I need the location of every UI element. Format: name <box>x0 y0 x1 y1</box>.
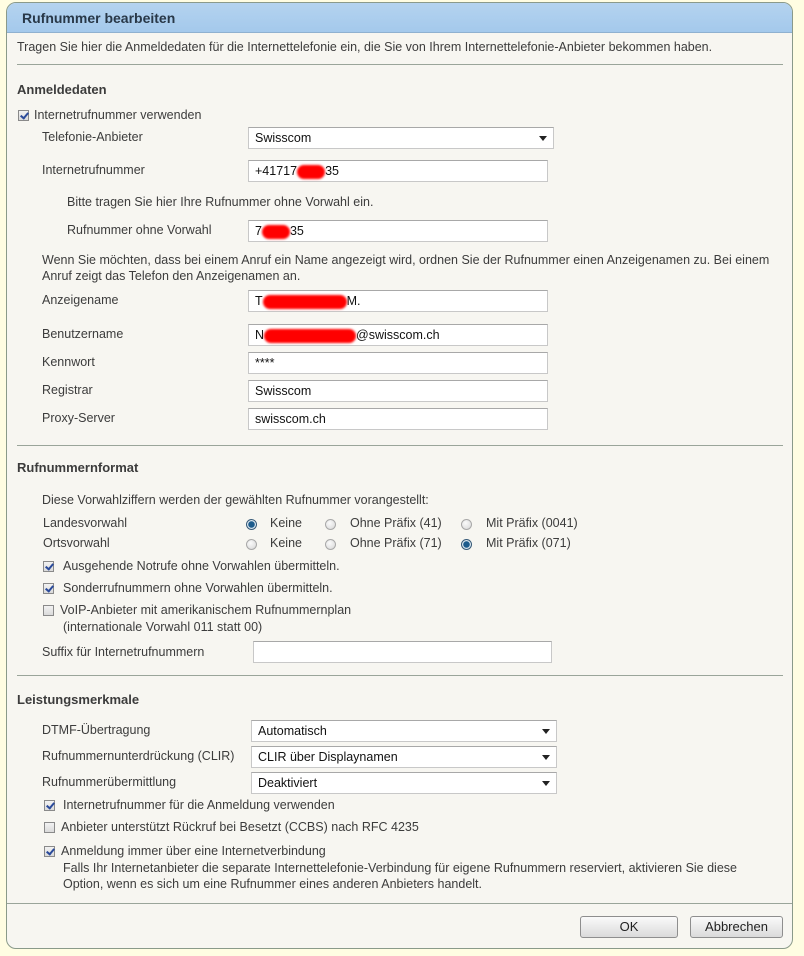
clir-select[interactable]: CLIR über Displaynamen <box>251 746 557 768</box>
area-code-option-without-prefix: Ohne Präfix (71) <box>350 536 442 550</box>
country-code-radio-none[interactable] <box>246 519 257 530</box>
dtmf-label: DTMF-Übertragung <box>42 723 150 737</box>
registrar-label: Registrar <box>42 383 93 397</box>
country-code-radio-with-prefix[interactable] <box>461 519 472 530</box>
internet-number-label: Internetrufnummer <box>42 163 145 177</box>
internet-number-input[interactable]: +4171735 <box>248 160 548 182</box>
number-without-area-label: Rufnummer ohne Vorwahl <box>67 223 212 237</box>
redaction <box>264 329 356 343</box>
use-for-login-checkbox[interactable] <box>44 800 55 811</box>
area-code-option-none: Keine <box>270 536 302 550</box>
clip-select[interactable]: Deaktiviert <box>251 772 557 794</box>
voip-us-sublabel: (internationale Vorwahl 011 statt 00) <box>63 620 262 634</box>
always-internet-label: Anmeldung immer über eine Internetverbin… <box>61 844 326 858</box>
dialog-intro: Tragen Sie hier die Anmeldedaten für die… <box>17 40 712 54</box>
display-name-hint: Wenn Sie möchten, dass bei einem Anruf e… <box>42 252 777 284</box>
display-name-suffix: M. <box>347 294 361 308</box>
dtmf-select[interactable]: Automatisch <box>251 720 557 742</box>
area-code-radio-without-prefix[interactable] <box>325 539 336 550</box>
area-code-option-with-prefix: Mit Präfix (071) <box>486 536 571 550</box>
provider-value: Swisscom <box>255 131 311 145</box>
voip-us-label: VoIP-Anbieter mit amerikanischem Rufnumm… <box>60 603 351 617</box>
username-label: Benutzername <box>42 327 123 341</box>
special-numbers-label: Sonderrufnummern ohne Vorwahlen übermitt… <box>63 581 333 595</box>
section-heading-leistungsmerkmale: Leistungsmerkmale <box>17 692 139 707</box>
proxy-value: swisscom.ch <box>255 412 326 426</box>
provider-select[interactable]: Swisscom <box>248 127 554 149</box>
registrar-input[interactable]: Swisscom <box>248 380 548 402</box>
ccbs-checkbox[interactable] <box>44 822 55 833</box>
always-internet-desc-1: Falls Ihr Internetanbieter die separate … <box>63 861 737 875</box>
proxy-input[interactable]: swisscom.ch <box>248 408 548 430</box>
clir-label: Rufnummernunterdrückung (CLIR) <box>42 749 234 763</box>
area-code-label: Ortsvorwahl <box>43 536 110 550</box>
username-prefix: N <box>255 328 264 342</box>
password-label: Kennwort <box>42 355 95 369</box>
country-code-radio-without-prefix[interactable] <box>325 519 336 530</box>
divider <box>17 675 783 676</box>
divider <box>17 445 783 446</box>
suffix-label: Suffix für Internetrufnummern <box>42 645 204 659</box>
display-name-prefix: T <box>255 294 263 308</box>
username-suffix: @swisscom.ch <box>356 328 440 342</box>
emergency-label: Ausgehende Notrufe ohne Vorwahlen übermi… <box>63 559 340 573</box>
divider <box>17 64 783 65</box>
ccbs-label: Anbieter unterstützt Rückruf bei Besetzt… <box>61 820 419 834</box>
always-internet-desc-2: Option, wenn es sich um eine Rufnummer e… <box>63 877 482 891</box>
clip-value: Deaktiviert <box>258 776 317 790</box>
redaction <box>263 295 347 309</box>
number-without-area-suffix: 35 <box>290 224 304 238</box>
hint-without-area: Bitte tragen Sie hier Ihre Rufnummer ohn… <box>67 195 373 209</box>
section-heading-rufnummernformat: Rufnummernformat <box>17 460 138 475</box>
display-name-input[interactable]: TM. <box>248 290 548 312</box>
format-intro: Diese Vorwahlziffern werden der gewählte… <box>42 493 429 507</box>
clip-label: Rufnummerübermittlung <box>42 775 176 789</box>
country-code-label: Landesvorwahl <box>43 516 127 530</box>
country-code-option-without-prefix: Ohne Präfix (41) <box>350 516 442 530</box>
voip-us-checkbox[interactable] <box>43 605 54 616</box>
number-without-area-input[interactable]: 735 <box>248 220 548 242</box>
ok-button[interactable]: OK <box>580 916 678 938</box>
username-input[interactable]: N@swisscom.ch <box>248 324 548 346</box>
clir-value: CLIR über Displaynamen <box>258 750 398 764</box>
password-value: **** <box>255 356 274 370</box>
registrar-value: Swisscom <box>255 384 311 398</box>
redaction <box>297 165 325 179</box>
dialog-title: Rufnummer bearbeiten <box>7 3 792 33</box>
section-heading-anmeldedaten: Anmeldedaten <box>17 82 107 97</box>
area-code-radio-with-prefix[interactable] <box>461 539 472 550</box>
area-code-radio-none[interactable] <box>246 539 257 550</box>
password-input[interactable]: **** <box>248 352 548 374</box>
edit-number-dialog: Rufnummer bearbeiten Tragen Sie hier die… <box>6 2 793 949</box>
always-internet-checkbox[interactable] <box>44 846 55 857</box>
redaction <box>262 225 290 239</box>
dtmf-value: Automatisch <box>258 724 327 738</box>
internet-number-value-suffix: 35 <box>325 164 339 178</box>
emergency-checkbox[interactable] <box>43 561 54 572</box>
use-internet-number-label: Internetrufnummer verwenden <box>34 108 201 122</box>
use-internet-number-checkbox[interactable] <box>18 110 29 121</box>
display-name-label: Anzeigename <box>42 293 118 307</box>
country-code-option-none: Keine <box>270 516 302 530</box>
divider <box>7 903 793 904</box>
country-code-option-with-prefix: Mit Präfix (0041) <box>486 516 578 530</box>
special-numbers-checkbox[interactable] <box>43 583 54 594</box>
suffix-input[interactable] <box>253 641 552 663</box>
number-without-area-prefix: 7 <box>255 224 262 238</box>
provider-label: Telefonie-Anbieter <box>42 130 143 144</box>
internet-number-value-prefix: +41717 <box>255 164 297 178</box>
proxy-label: Proxy-Server <box>42 411 115 425</box>
cancel-button[interactable]: Abbrechen <box>690 916 783 938</box>
use-for-login-label: Internetrufnummer für die Anmeldung verw… <box>63 798 335 812</box>
